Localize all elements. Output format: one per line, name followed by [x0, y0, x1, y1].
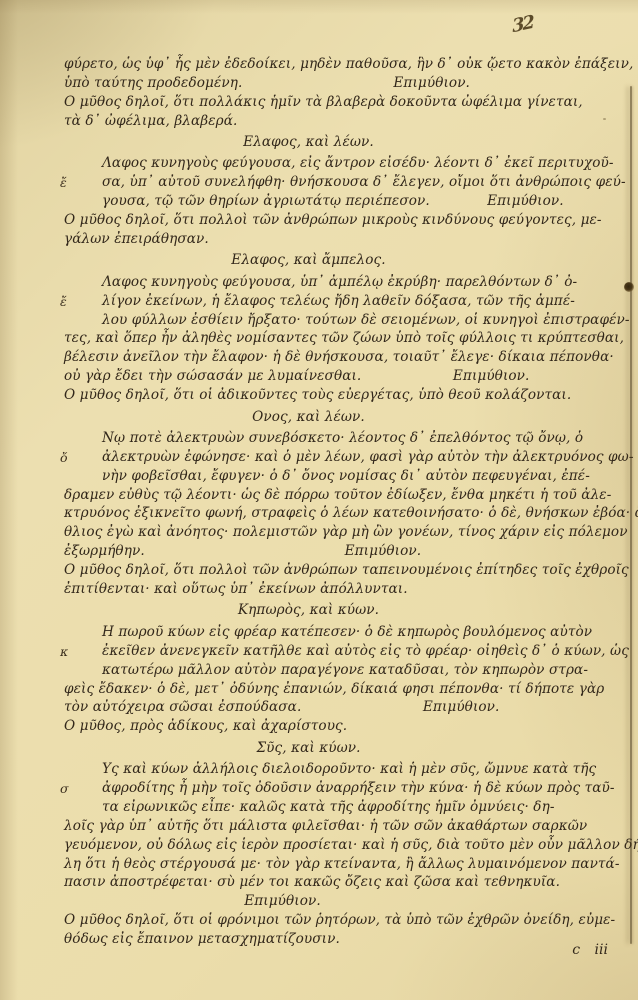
text-line: Λαφος κυνηγοὺς φεύγουσα, ὑπ᾽ ἀμπέλῳ ἐκρύ… — [64, 273, 621, 292]
text-line: νὴν φοβεῖσθαι, ἔφυγεν· ὁ δ᾽ ὄνος νομίσας… — [64, 467, 621, 486]
fable-title: Ελαφος, καὶ λέων. — [64, 133, 621, 152]
page-edge-crease — [630, 86, 632, 944]
moral-label: Επιμύθιον. — [423, 699, 500, 715]
line-text: Ο μῦθος δηλοῖ, ὅτι οἱ φρόνιμοι τῶν ῥητόρ… — [64, 911, 615, 930]
line-text: θλιος ἐγὼ καὶ ἀνόητος· πολεμιστῶν γὰρ μὴ… — [64, 523, 628, 542]
line-text: Κηπωρὸς, καὶ κύων. — [238, 601, 379, 620]
text-line: Υς καὶ κύων ἀλλήλοις διελοιδοροῦντο· καὶ… — [64, 760, 621, 779]
text-line: κατωτέρω μᾶλλον αὐτὸν παραγέγονε καταδῦσ… — [64, 661, 621, 680]
line-text: ἀφροδίτης ἦ μὴν τοῖς ὀδοῦσιν ἀναρρήξειν … — [102, 779, 615, 798]
fable-title: Ελαφος, καὶ ἄμπελος. — [64, 251, 621, 270]
line-text: γουσα, τῷ τῶν θηρίων ἀγριωτάτῳ περιέπεσο… — [102, 192, 430, 211]
line-text: Ο μῦθος, πρὸς ἀδίκους, καὶ ἀχαρίστους. — [64, 717, 347, 736]
line-text: δραμεν εὐθὺς τῷ λέοντι· ὡς δὲ πόρρω τοῦτ… — [64, 486, 611, 505]
margin-guide-letter: κ — [60, 643, 68, 662]
line-text: Ο μῦθος δηλοῖ, ὅτι πολλοὶ τῶν ἀνθρώπων μ… — [64, 211, 602, 230]
line-text: λίγον ἐκείνων, ἡ ἔλαφος τελέως ἤδη λαθεῖ… — [102, 292, 575, 311]
moral-label: Επιμύθιον. — [453, 368, 530, 384]
book-page: 32 φύρετο, ὡς ὑφ᾽ ἧς μὲν ἐδεδοίκει, μηδὲ… — [0, 0, 638, 1000]
line-text: τα εἰρωνικῶς εἶπε· καλῶς κατὰ τῆς ἀφροδί… — [102, 798, 555, 817]
text-line: τὰ δ᾽ ὠφέλιμα, βλαβερά. — [64, 112, 621, 131]
text-line: ἔσα, ὑπ᾽ αὐτοῦ συνελήφθη· θνήσκουσα δ᾽ ἔ… — [64, 173, 621, 192]
line-text: ἐκεῖθεν ἀνενεγκεῖν κατῆλθε καὶ αὐτὸς εἰς… — [102, 642, 629, 661]
line-text: Ελαφος, καὶ ἄμπελος. — [231, 251, 385, 270]
line-text: ἀλεκτρυὼν ἐφώνησε· καὶ ὁ μὲν λέων, φασὶ … — [102, 448, 634, 467]
line-text: Λαφος κυνηγοὺς φεύγουσα, εἰς ἄντρον εἰσέ… — [102, 154, 614, 173]
paper-speck — [603, 118, 606, 120]
line-text: οὐ γὰρ ἔδει τὴν σώσασάν με λυμαίνεσθαι. — [64, 367, 361, 386]
text-line: γάλων ἐπειράθησαν. — [64, 230, 621, 249]
line-text: κατωτέρω μᾶλλον αὐτὸν παραγέγονε καταδῦσ… — [102, 661, 588, 680]
line-text: νὴν φοβεῖσθαι, ἔφυγεν· ὁ δ᾽ ὄνος νομίσας… — [102, 467, 590, 486]
moral-label-slot: Επιμύθιον. — [361, 367, 621, 386]
moral-label: Επιμύθιον. — [487, 193, 564, 209]
moral-label-slot: Επιμύθιον. — [430, 192, 621, 211]
line-text: τες, καὶ ὅπερ ἦν ἀληθὲς νομίσαντες τῶν ζ… — [64, 329, 624, 348]
line-text: φύρετο, ὡς ὑφ᾽ ἧς μὲν ἐδεδοίκει, μηδὲν π… — [64, 55, 633, 74]
text-line: Η πωροῦ κύων εἰς φρέαρ κατέπεσεν· ὁ δὲ κ… — [64, 623, 621, 642]
margin-guide-letter: ὄ — [60, 449, 68, 468]
line-text: ὑπὸ ταύτης προδεδομένη. — [64, 74, 242, 93]
text-line: λοῖς γὰρ ὑπ᾽ αὐτῆς ὅτι μάλιστα φιλεῖσθαι… — [64, 817, 621, 836]
moral-label-slot: Επιμύθιον. — [242, 74, 621, 93]
text-line: Ο μῦθος, πρὸς ἀδίκους, καὶ ἀχαρίστους. — [64, 717, 621, 736]
moral-label-slot: Επιμύθιον. — [145, 542, 621, 561]
margin-guide-letter: ἔ — [60, 174, 67, 193]
line-text: βέλεσιν ἀνεῖλον τὴν ἔλαφον· ἡ δὲ θνήσκου… — [64, 348, 614, 367]
text-line: Ο μῦθος δηλοῖ, ὅτι οἱ φρόνιμοι τῶν ῥητόρ… — [64, 911, 621, 930]
text-line: λου φύλλων ἐσθίειν ἤρξατο· τούτων δὲ σει… — [64, 311, 621, 330]
text-line: κἐκεῖθεν ἀνενεγκεῖν κατῆλθε καὶ αὐτὸς εἰ… — [64, 642, 621, 661]
ink-spot — [624, 282, 634, 292]
text-line: Λαφος κυνηγοὺς φεύγουσα, εἰς ἄντρον εἰσέ… — [64, 154, 621, 173]
line-text: Ο μῦθος δηλοῖ, ὅτι οἱ ἀδικοῦντες τοὺς εὐ… — [64, 386, 571, 405]
text-line: τα εἰρωνικῶς εἶπε· καλῶς κατὰ τῆς ἀφροδί… — [64, 798, 621, 817]
line-text: Επιμύθιον. — [244, 892, 321, 911]
text-line: τες, καὶ ὅπερ ἦν ἀληθὲς νομίσαντες τῶν ζ… — [64, 329, 621, 348]
signature-mark: c iii — [64, 942, 608, 958]
line-text: σα, ὑπ᾽ αὐτοῦ συνελήφθη· θνήσκουσα δ᾽ ἔλ… — [102, 173, 626, 192]
line-text: Νῳ ποτὲ ἀλεκτρυὼν συνεβόσκετο· λέοντος δ… — [102, 429, 583, 448]
line-text: γευόμενον, οὐ δόλως εἰς ἱερὸν προσίεται·… — [64, 836, 638, 855]
text-line: Ο μῦθος δηλοῖ, ὅτι πολλοὶ τῶν ἀνθρώπων τ… — [64, 561, 621, 580]
line-text: λοῖς γὰρ ὑπ᾽ αὐτῆς ὅτι μάλιστα φιλεῖσθαι… — [64, 817, 587, 836]
text-line: Ο μῦθος δηλοῖ, ὅτι πολλοὶ τῶν ἀνθρώπων μ… — [64, 211, 621, 230]
moral-label-slot: Επιμύθιον. — [301, 698, 621, 717]
line-text: φεὶς ἔδακεν· ὁ δὲ, μετ᾽ ὀδύνης ἐπανιών, … — [64, 680, 604, 699]
line-text: ἐξωρμήθην. — [64, 542, 145, 561]
line-text: Λαφος κυνηγοὺς φεύγουσα, ὑπ᾽ ἀμπέλῳ ἐκρύ… — [102, 273, 577, 292]
fable-title: Κηπωρὸς, καὶ κύων. — [64, 601, 621, 620]
line-text: Ονος, καὶ λέων. — [252, 408, 365, 427]
text-line: πασιν ἀποστρέφεται· σὺ μέν τοι κακῶς ὄζε… — [64, 873, 621, 892]
text-line: δραμεν εὐθὺς τῷ λέοντι· ὡς δὲ πόρρω τοῦτ… — [64, 486, 621, 505]
text-line: γευόμενον, οὐ δόλως εἰς ἱερὸν προσίεται·… — [64, 836, 621, 855]
margin-guide-letter: σ — [60, 780, 69, 799]
line-text: ἐπιτίθενται· καὶ οὕτως ὑπ᾽ ἐκείνων ἀπόλλ… — [64, 580, 408, 599]
paper-speck — [86, 103, 89, 106]
line-text: τὰ δ᾽ ὠφέλιμα, βλαβερά. — [64, 112, 237, 131]
line-text: Σῦς, καὶ κύων. — [256, 739, 360, 758]
line-text: πασιν ἀποστρέφεται· σὺ μέν τοι κακῶς ὄζε… — [64, 873, 560, 892]
line-text: λου φύλλων ἐσθίειν ἤρξατο· τούτων δὲ σει… — [102, 311, 630, 330]
text-line: Ο μῦθος δηλοῖ, ὅτι πολλάκις ἡμῖν τὰ βλαβ… — [64, 93, 621, 112]
text-line: ἐπιτίθενται· καὶ οὕτως ὑπ᾽ ἐκείνων ἀπόλλ… — [64, 580, 621, 599]
text-line: ἔλίγον ἐκείνων, ἡ ἔλαφος τελέως ἤδη λαθε… — [64, 292, 621, 311]
line-text: Η πωροῦ κύων εἰς φρέαρ κατέπεσεν· ὁ δὲ κ… — [102, 623, 592, 642]
text-line: οὐ γὰρ ἔδει τὴν σώσασάν με λυμαίνεσθαι.Ε… — [64, 367, 621, 386]
text-line: Ο μῦθος δηλοῖ, ὅτι οἱ ἀδικοῦντες τοὺς εὐ… — [64, 386, 621, 405]
text-line: Νῳ ποτὲ ἀλεκτρυὼν συνεβόσκετο· λέοντος δ… — [64, 429, 621, 448]
moral-label: Επιμύθιον. — [393, 75, 470, 91]
line-text: τὸν αὐτόχειρα σῶσαι ἐσπούδασα. — [64, 698, 301, 717]
text-line: θλιος ἐγὼ καὶ ἀνόητος· πολεμιστῶν γὰρ μὴ… — [64, 523, 621, 542]
text-line: λη ὅτι ἡ θεὸς στέργουσά με· τὸν γὰρ κτεί… — [64, 855, 621, 874]
text-line: ὑπὸ ταύτης προδεδομένη.Επιμύθιον. — [64, 74, 621, 93]
text-line: γουσα, τῷ τῶν θηρίων ἀγριωτάτῳ περιέπεσο… — [64, 192, 621, 211]
moral-label: Επιμύθιον. — [64, 892, 621, 911]
text-line: ἐξωρμήθην.Επιμύθιον. — [64, 542, 621, 561]
fable-title: Σῦς, καὶ κύων. — [64, 739, 621, 758]
line-text: γάλων ἐπειράθησαν. — [64, 230, 209, 249]
text-line: φεὶς ἔδακεν· ὁ δὲ, μετ᾽ ὀδύνης ἐπανιών, … — [64, 680, 621, 699]
line-text: Ο μῦθος δηλοῖ, ὅτι πολλάκις ἡμῖν τὰ βλαβ… — [64, 93, 583, 112]
text-line: βέλεσιν ἀνεῖλον τὴν ἔλαφον· ἡ δὲ θνήσκου… — [64, 348, 621, 367]
line-text: Ο μῦθος δηλοῖ, ὅτι πολλοὶ τῶν ἀνθρώπων τ… — [64, 561, 629, 580]
text-line: κτρυόνος ἐξικνεῖτο φωνή, στραφεὶς ὁ λέων… — [64, 504, 621, 523]
folio-number: 32 — [511, 12, 533, 38]
text-block: φύρετο, ὡς ὑφ᾽ ἧς μὲν ἐδεδοίκει, μηδὲν π… — [64, 55, 621, 949]
text-line: ὄἀλεκτρυὼν ἐφώνησε· καὶ ὁ μὲν λέων, φασὶ… — [64, 448, 621, 467]
text-line: σἀφροδίτης ἦ μὴν τοῖς ὀδοῦσιν ἀναρρήξειν… — [64, 779, 621, 798]
margin-guide-letter: ἔ — [60, 293, 67, 312]
text-line: τὸν αὐτόχειρα σῶσαι ἐσπούδασα.Επιμύθιον. — [64, 698, 621, 717]
line-text: Ελαφος, καὶ λέων. — [243, 133, 374, 152]
fable-title: Ονος, καὶ λέων. — [64, 408, 621, 427]
text-line: φύρετο, ὡς ὑφ᾽ ἧς μὲν ἐδεδοίκει, μηδὲν π… — [64, 55, 621, 74]
moral-label: Επιμύθιον. — [345, 543, 422, 559]
line-text: κτρυόνος ἐξικνεῖτο φωνή, στραφεὶς ὁ λέων… — [64, 504, 638, 523]
line-text: λη ὅτι ἡ θεὸς στέργουσά με· τὸν γὰρ κτεί… — [64, 855, 620, 874]
line-text: Υς καὶ κύων ἀλλήλοις διελοιδοροῦντο· καὶ… — [102, 760, 596, 779]
